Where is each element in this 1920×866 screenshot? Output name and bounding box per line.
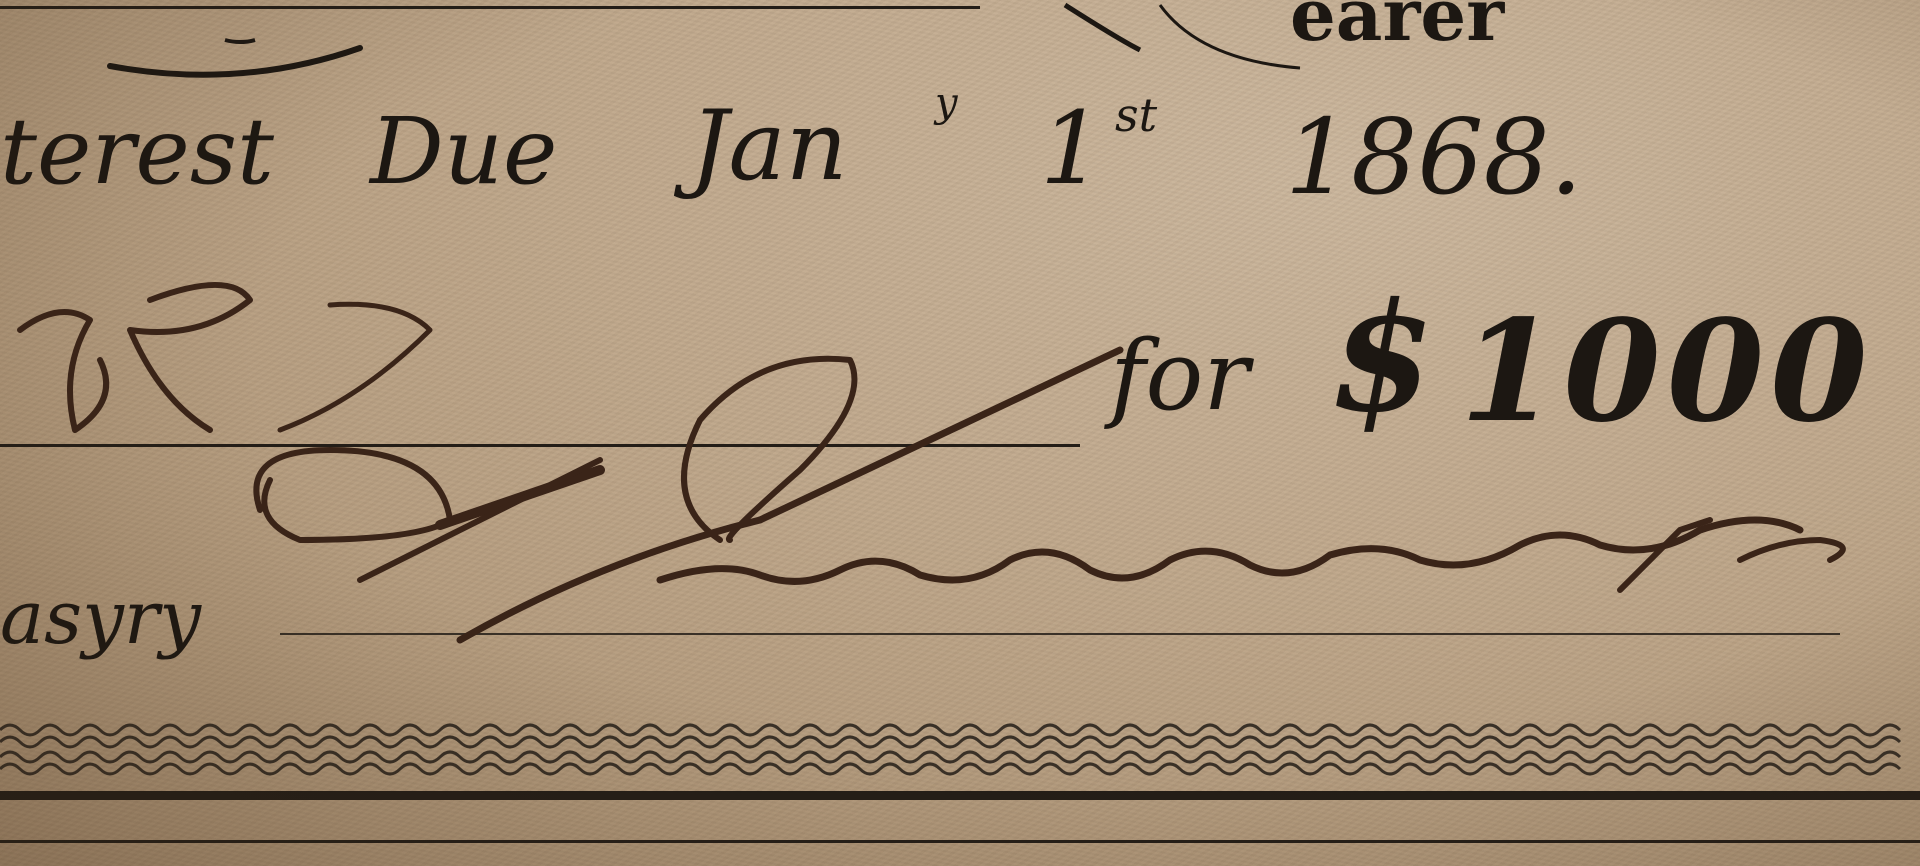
bottom-border-thick [0,791,1920,800]
bottom-border-thin [0,840,1920,843]
wavy-guilloche-border [0,0,1920,866]
